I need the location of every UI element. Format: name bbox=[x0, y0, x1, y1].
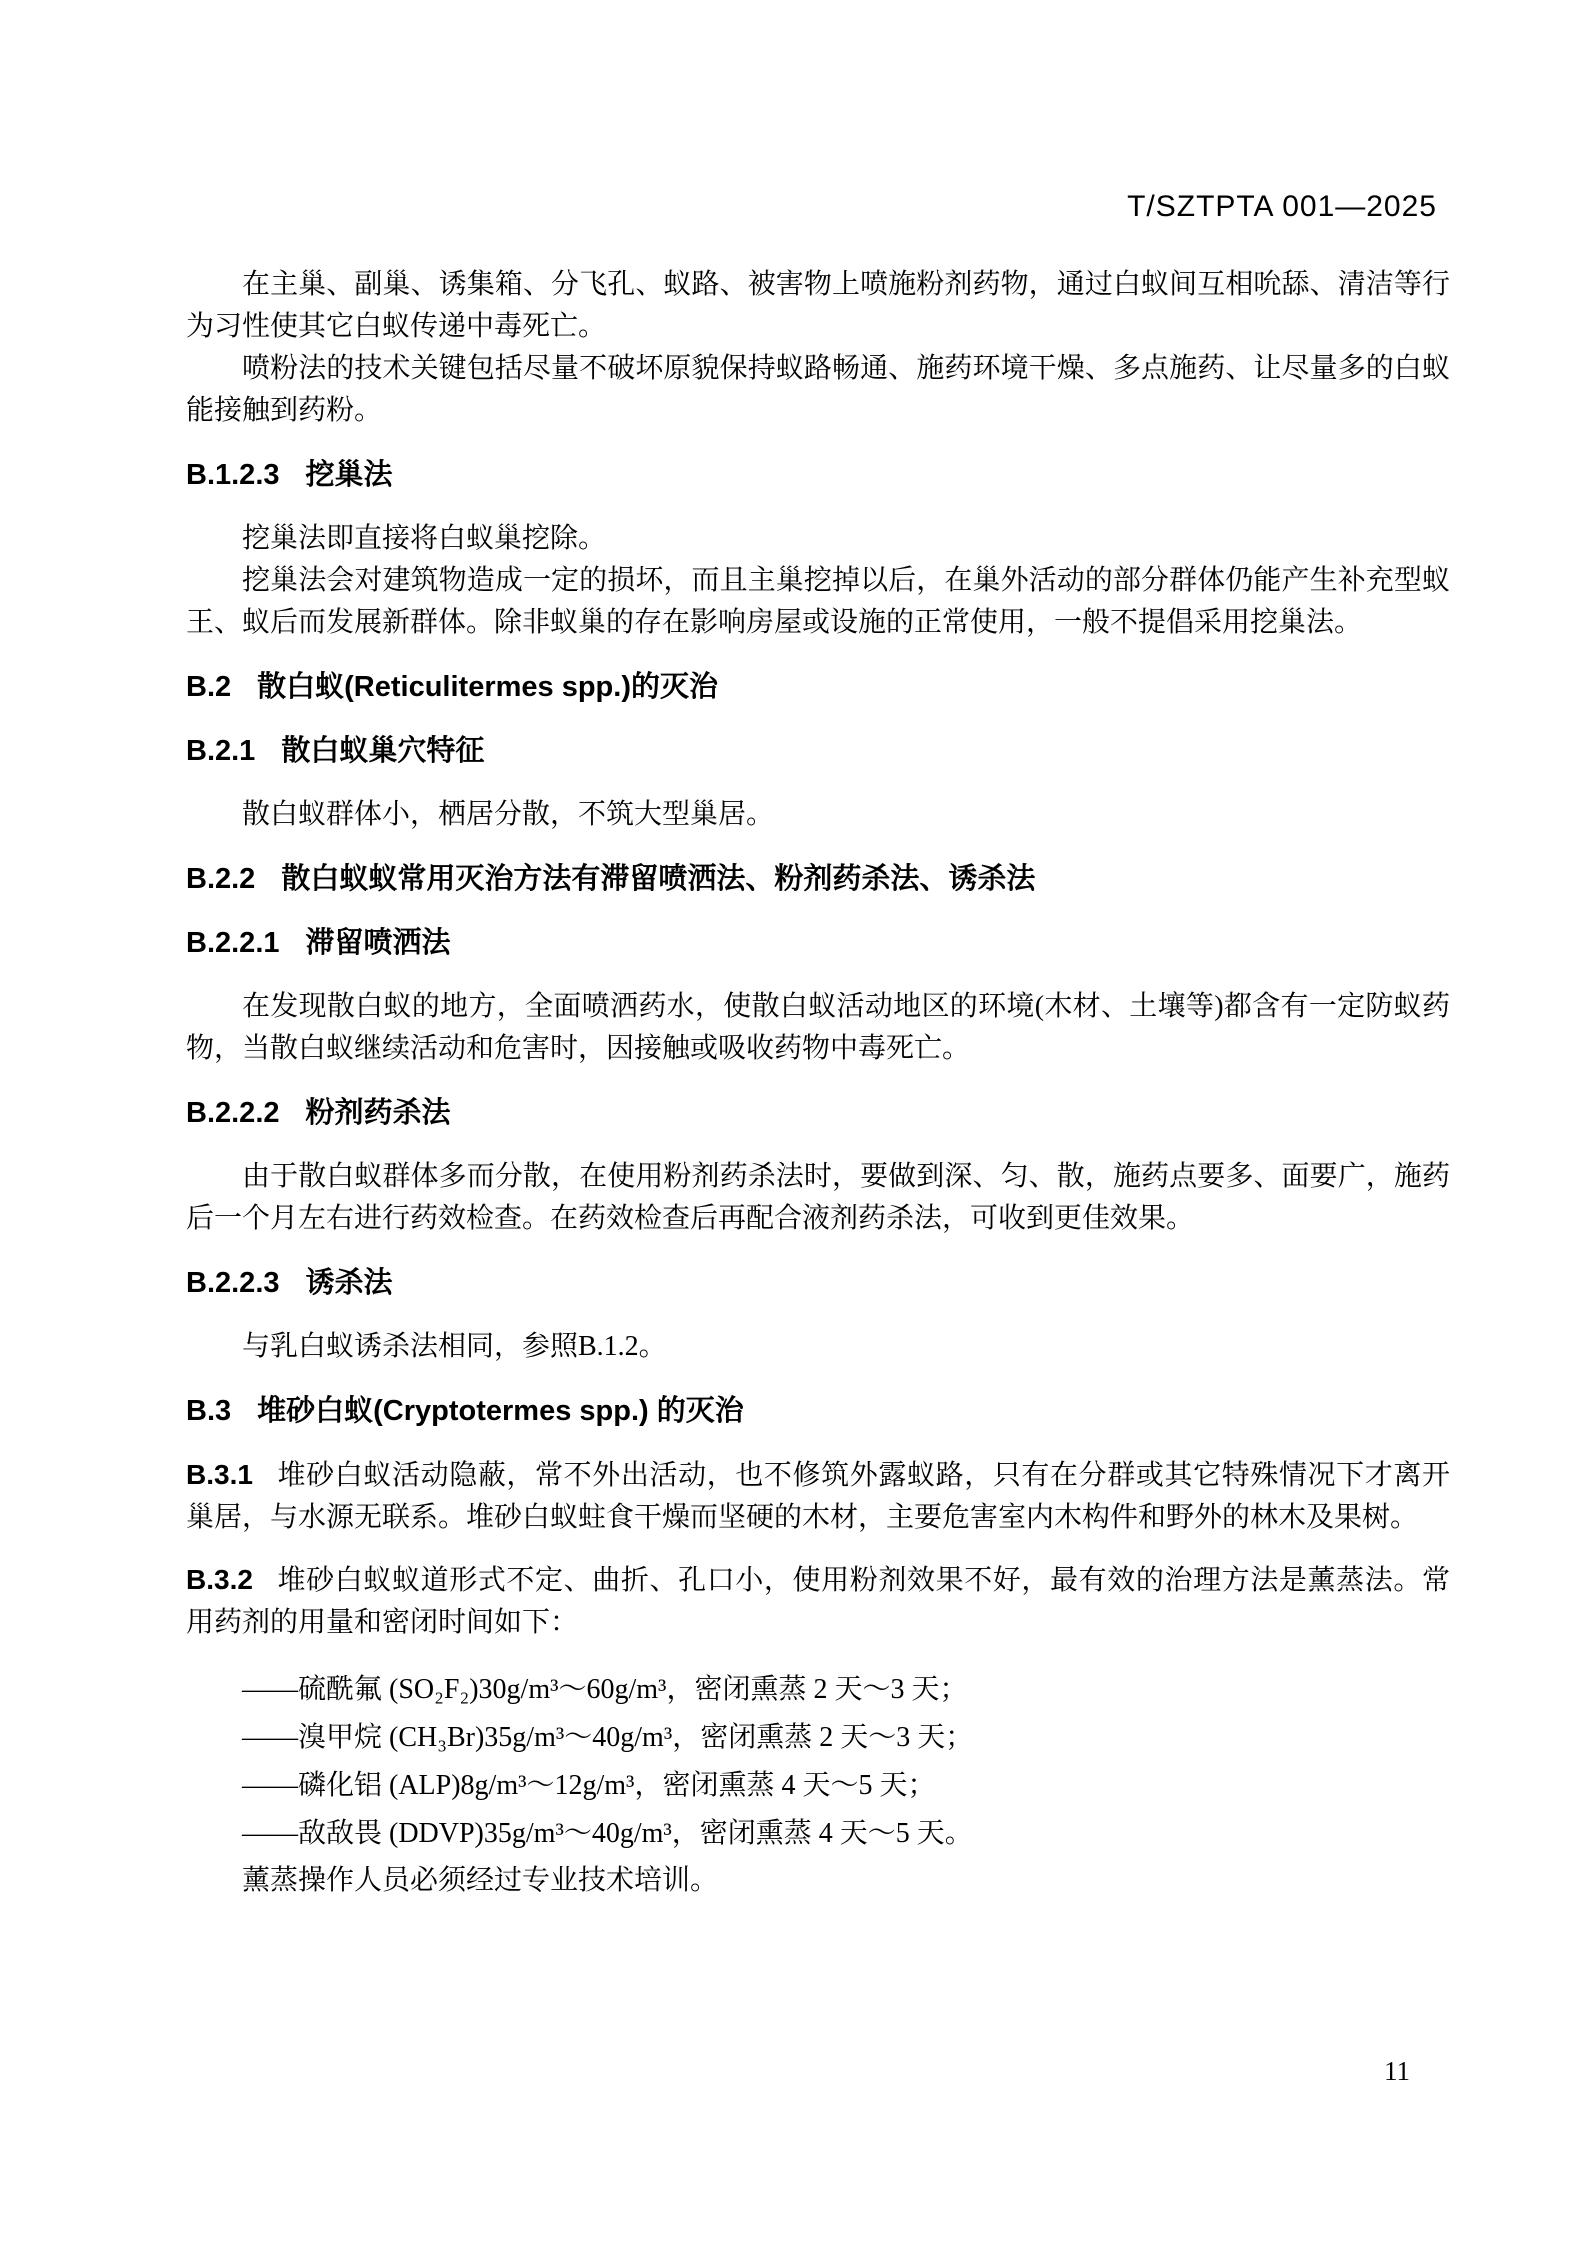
list-item-dichlorvos: ——敌敌畏 (DDVP)35g/m³～40g/m³，密闭熏蒸 4 天～5 天。 bbox=[186, 1810, 1450, 1858]
paragraph-dig-nest-1: 挖巢法即直接将白蚁巢挖除。 bbox=[186, 518, 1450, 560]
heading-title: 粉剂药杀法 bbox=[306, 1097, 451, 1129]
heading-title: 散白蚁(Reticulitermes spp.)的灭治 bbox=[257, 671, 718, 703]
heading-title: 堆砂白蚁(Cryptotermes spp.) 的灭治 bbox=[257, 1395, 744, 1427]
heading-b222: B.2.2.2粉剂药杀法 bbox=[186, 1092, 1450, 1134]
clause-text: 堆砂白蚁活动隐蔽，常不外出活动，也不修筑外露蚁路，只有在分群或其它特殊情况下才离… bbox=[186, 1460, 1450, 1533]
clause-b32: B.3.2堆砂白蚁蚁道形式不定、曲折、孔口小，使用粉剂效果不好，最有效的治理方法… bbox=[186, 1559, 1450, 1644]
heading-b2: B.2散白蚁(Reticulitermes spp.)的灭治 bbox=[186, 666, 1450, 708]
page-content: 在主巢、副巢、诱集箱、分飞孔、蚁路、被害物上喷施粉剂药物，通过白蚁间互相吮舔、清… bbox=[186, 264, 1450, 1902]
heading-b3: B.3堆砂白蚁(Cryptotermes spp.) 的灭治 bbox=[186, 1390, 1450, 1432]
clause-b31: B.3.1堆砂白蚁活动隐蔽，常不外出活动，也不修筑外露蚁路，只有在分群或其它特殊… bbox=[186, 1454, 1450, 1539]
fumigant-dosage-list: ——硫酰氟 (SO₂F₂)30g/m³～60g/m³，密闭熏蒸 2 天～3 天；… bbox=[186, 1666, 1450, 1858]
list-item-sulfuryl-fluoride: ——硫酰氟 (SO₂F₂)30g/m³～60g/m³，密闭熏蒸 2 天～3 天； bbox=[186, 1666, 1450, 1714]
heading-b123: B.1.2.3挖巢法 bbox=[186, 454, 1450, 496]
heading-b221: B.2.2.1滞留喷洒法 bbox=[186, 922, 1450, 964]
paragraph-powder-kill: 由于散白蚁群体多而分散，在使用粉剂药杀法时，要做到深、匀、散，施药点要多、面要广… bbox=[186, 1156, 1450, 1240]
heading-b223: B.2.2.3诱杀法 bbox=[186, 1262, 1450, 1304]
running-header: T/SZTPTA 001—2025 bbox=[1127, 190, 1437, 224]
paragraph-residual-spray: 在发现散白蚁的地方，全面喷洒药水，使散白蚁活动地区的环境(木材、土壤等)都含有一… bbox=[186, 986, 1450, 1070]
paragraph-dig-nest-2: 挖巢法会对建筑物造成一定的损坏，而且主巢挖掉以后，在巢外活动的部分群体仍能产生补… bbox=[186, 560, 1450, 644]
list-item-aluminium-phosphide: ——磷化铝 (ALP)8g/m³～12g/m³，密闭熏蒸 4 天～5 天； bbox=[186, 1762, 1450, 1810]
heading-number: B.2.2 bbox=[186, 863, 255, 895]
heading-title: 挖巢法 bbox=[306, 459, 393, 491]
heading-b21: B.2.1散白蚁巢穴特征 bbox=[186, 730, 1450, 772]
heading-b22: B.2.2散白蚁蚁常用灭治方法有滞留喷洒法、粉剂药杀法、诱杀法 bbox=[186, 858, 1450, 900]
clause-number: B.3.1 bbox=[186, 1459, 253, 1490]
heading-number: B.2.2.1 bbox=[186, 927, 280, 959]
paragraph-fumigation-training: 薰蒸操作人员必须经过专业技术培训。 bbox=[186, 1860, 1450, 1902]
heading-number: B.1.2.3 bbox=[186, 459, 280, 491]
list-item-methyl-bromide: ——溴甲烷 (CH₃Br)35g/m³～40g/m³，密闭熏蒸 2 天～3 天； bbox=[186, 1714, 1450, 1762]
heading-number: B.2.1 bbox=[186, 735, 255, 767]
paragraph-reticulitermes-nest: 散白蚁群体小，栖居分散，不筑大型巢居。 bbox=[186, 794, 1450, 836]
heading-title: 散白蚁巢穴特征 bbox=[281, 735, 484, 767]
paragraph-lure-kill: 与乳白蚁诱杀法相同，参照B.1.2。 bbox=[186, 1326, 1450, 1368]
heading-number: B.2.2.3 bbox=[186, 1267, 280, 1299]
paragraph-powder-method-1: 在主巢、副巢、诱集箱、分飞孔、蚁路、被害物上喷施粉剂药物，通过白蚁间互相吮舔、清… bbox=[186, 264, 1450, 348]
heading-number: B.2.2.2 bbox=[186, 1097, 280, 1129]
clause-text: 堆砂白蚁蚁道形式不定、曲折、孔口小，使用粉剂效果不好，最有效的治理方法是薰蒸法。… bbox=[186, 1565, 1450, 1638]
heading-title: 散白蚁蚁常用灭治方法有滞留喷洒法、粉剂药杀法、诱杀法 bbox=[281, 863, 1035, 895]
document-page: T/SZTPTA 001—2025 在主巢、副巢、诱集箱、分飞孔、蚁路、被害物上… bbox=[0, 0, 1587, 2245]
paragraph-powder-method-2: 喷粉法的技术关键包括尽量不破坏原貌保持蚁路畅通、施药环境干燥、多点施药、让尽量多… bbox=[186, 348, 1450, 432]
heading-title: 滞留喷洒法 bbox=[306, 927, 451, 959]
heading-title: 诱杀法 bbox=[306, 1267, 393, 1299]
heading-number: B.2 bbox=[186, 671, 231, 703]
clause-number: B.3.2 bbox=[186, 1564, 253, 1595]
page-number: 11 bbox=[1384, 2056, 1410, 2087]
heading-number: B.3 bbox=[186, 1395, 231, 1427]
